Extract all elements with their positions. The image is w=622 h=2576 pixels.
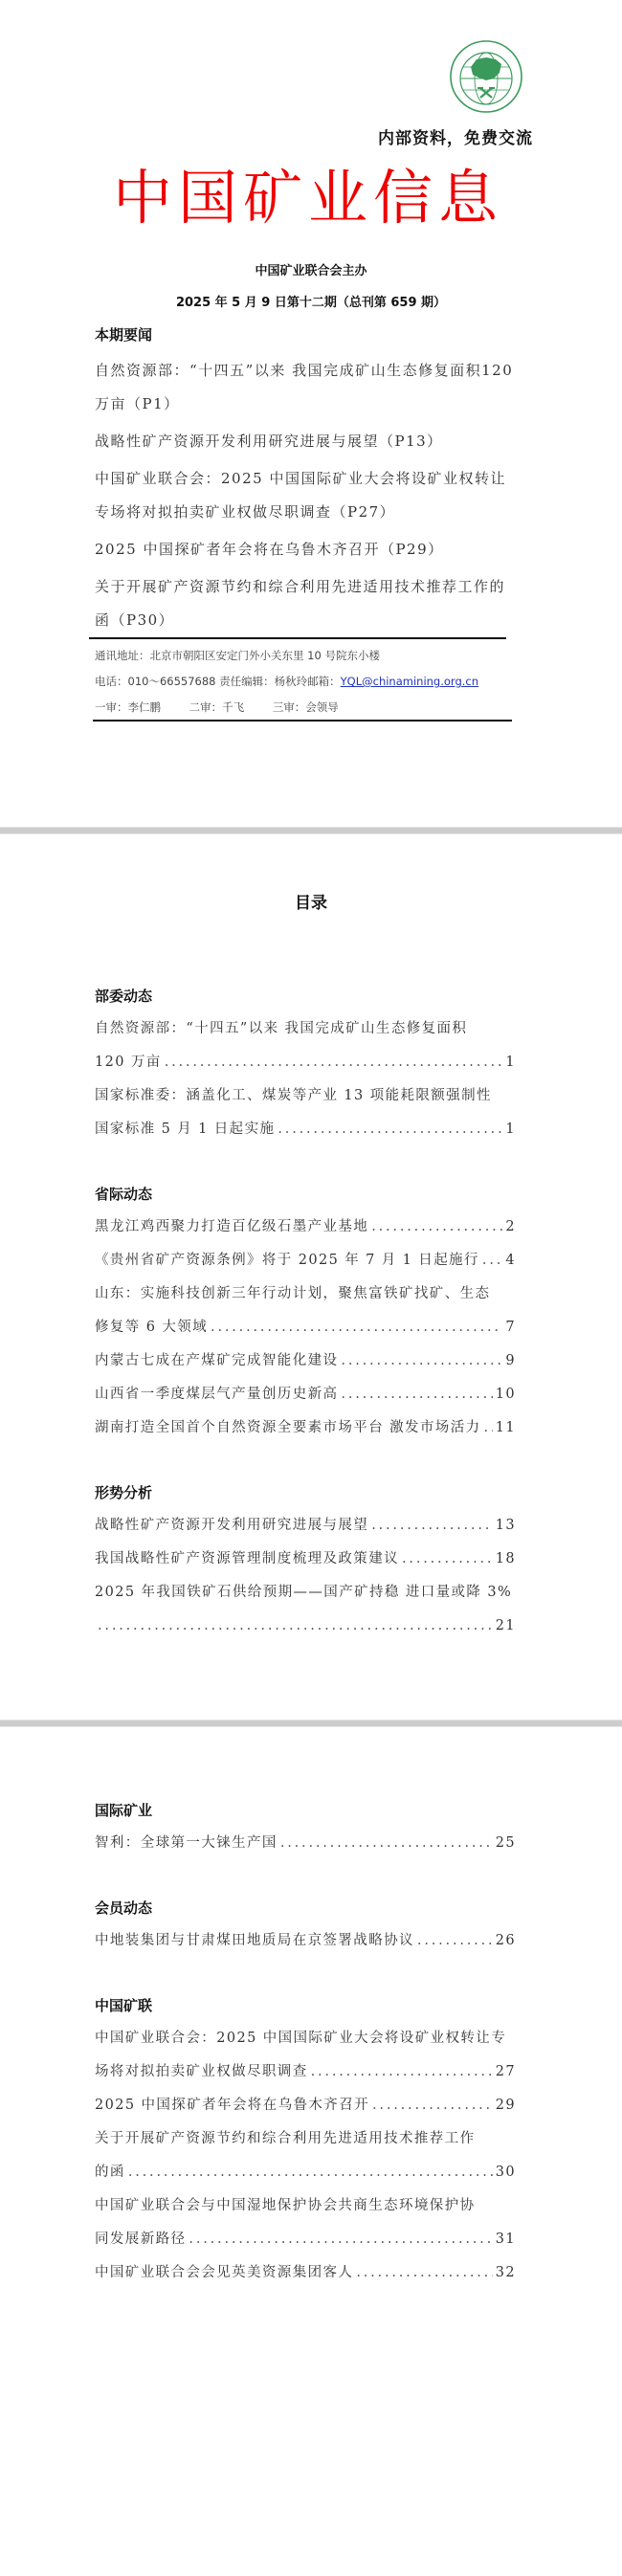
toc-page-2: 国际矿业智利：全球第一大铼生产国25会员动态中地装集团与甘肃煤田地质局在京签署战… [0,1727,622,2576]
toc-leader-dots [311,2055,493,2089]
toc-page-number: 9 [505,1344,516,1378]
toc-entry[interactable]: 战略性矿产资源开发利用研究进展与展望13 [95,1509,516,1543]
toc-entry-last-line: 湖南打造全国首个自然资源全要素市场平台 激发市场活力11 [95,1411,516,1445]
headlines-title: 本期要闻 [95,324,152,344]
headline-item[interactable]: 中国矿业联合会：2025 中国国际矿业大会将设矿业权转让专场将对拟拍卖矿业权做尽… [95,462,516,529]
issue-line: 2025 年 5 月 9 日第十二期（总刊第 659 期） [0,292,622,310]
phone-editor: 电话：010～66557688 责任编辑：杨秋玲邮箱：YQL@chinamini… [95,669,516,695]
toc-section: 部委动态自然资源部：“十四五”以来 我国完成矿山生态修复面积120 万亩1国家标… [95,985,516,1146]
toc-page-number: 21 [496,1610,516,1643]
toc-entry[interactable]: 中国矿业联合会：2025 中国国际矿业大会将设矿业权转让专场将对拟拍卖矿业权做尽… [95,2022,516,2089]
address: 通讯地址：北京市朝阳区安定门外小关东里 10 号院东小楼 [95,643,516,669]
toc-block: 部委动态自然资源部：“十四五”以来 我国完成矿山生态修复面积120 万亩1国家标… [95,985,516,1643]
china-mining-association-logo-icon [448,38,524,115]
email-link[interactable]: YQL@chinamining.org.cn [341,675,478,688]
headline-item[interactable]: 2025 中国探矿者年会将在乌鲁木齐召开（P29） [95,533,516,566]
toc-entry-last-line: 我国战略性矿产资源管理制度梳理及政策建议18 [95,1543,516,1576]
toc-entry-text: 战略性矿产资源开发利用研究进展与展望 [95,1509,368,1543]
toc-page-number: 13 [496,1509,516,1543]
toc-entry[interactable]: 黑龙江鸡西聚力打造百亿级石墨产业基地2 [95,1210,516,1244]
toc-entry-line: 自然资源部：“十四五”以来 我国完成矿山生态修复面积 [95,1012,516,1046]
toc-entry[interactable]: 2025 年我国铁矿石供给预期——国产矿持稳 进口量或降 3%21 [95,1576,516,1643]
toc-section-heading: 部委动态 [95,985,516,1008]
reviewer-first: 一审：李仁鹏 [95,700,161,714]
toc-page-number: 10 [496,1378,516,1411]
toc-leader-dots [128,2156,493,2189]
toc-entry-last-line: 的函30 [95,2156,516,2189]
toc-entry-last-line: 120 万亩1 [95,1046,516,1079]
toc-entry[interactable]: 中国矿业联合会会见英美资源集团客人32 [95,2256,516,2290]
toc-page-number: 2 [505,1210,516,1244]
toc-page-number: 30 [496,2156,516,2189]
toc-entry-text: 智利：全球第一大铼生产国 [95,1827,278,1860]
toc-leader-dots [189,2223,492,2256]
toc-page-number: 4 [505,1244,516,1277]
page-separator [0,827,622,834]
toc-entry-last-line: 智利：全球第一大铼生产国25 [95,1827,516,1860]
toc-page-number: 32 [496,2256,516,2290]
toc-entry-last-line: 2025 中国探矿者年会将在乌鲁木齐召开29 [95,2089,516,2122]
reviewer-third: 三审：会领导 [273,700,339,714]
toc-entry[interactable]: 《贵州省矿产资源条例》将于 2025 年 7 月 1 日起施行4 [95,1244,516,1277]
toc-page-number: 7 [505,1311,516,1344]
toc-entry[interactable]: 中国矿业联合会与中国湿地保护协会共商生态环境保护协同发展新路径31 [95,2189,516,2256]
toc-section-heading: 国际矿业 [95,1799,516,1822]
toc-entry-last-line: 内蒙古七成在产煤矿完成智能化建设9 [95,1344,516,1378]
toc-leader-dots [356,2256,492,2290]
toc-entry-text: 湖南打造全国首个自然资源全要素市场平台 激发市场活力 [95,1411,481,1445]
toc-entry-text: 中地装集团与甘肃煤田地质局在京签署战略协议 [95,1924,414,1958]
toc-entry-text: 黑龙江鸡西聚力打造百亿级石墨产业基地 [95,1210,368,1244]
toc-entry-text: 《贵州省矿产资源条例》将于 2025 年 7 月 1 日起施行 [95,1244,479,1277]
toc-leader-dots [211,1311,502,1344]
toc-entry[interactable]: 内蒙古七成在产煤矿完成智能化建设9 [95,1344,516,1378]
toc-leader-dots [482,1244,502,1277]
toc-entry-last-line: 修复等 6 大领域7 [95,1311,516,1344]
reviewers: 一审：李仁鹏 二审：千飞 三审：会领导 [95,695,516,721]
headline-item[interactable]: 战略性矿产资源开发利用研究进展与展望（P13） [95,425,516,458]
top-divider [89,637,506,639]
toc-entry[interactable]: 关于开展矿产资源节约和综合利用先进适用技术推荐工作的函30 [95,2122,516,2189]
toc-leader-dots [341,1378,492,1411]
toc-title: 目录 [0,889,622,913]
toc-page-number: 25 [496,1827,516,1860]
toc-entry-line: 山东：实施科技创新三年行动计划，聚焦富铁矿找矿、生态 [95,1277,516,1311]
toc-entry[interactable]: 我国战略性矿产资源管理制度梳理及政策建议18 [95,1543,516,1576]
toc-entry[interactable]: 山东：实施科技创新三年行动计划，聚焦富铁矿找矿、生态修复等 6 大领域7 [95,1277,516,1344]
toc-leader-dots [372,2089,493,2122]
bottom-divider [93,720,512,722]
toc-entry-text: 我国战略性矿产资源管理制度梳理及政策建议 [95,1543,399,1576]
toc-leader-dots [402,1543,493,1576]
cover-page: 内部资料，免费交流 中国矿业信息 中国矿业联合会主办 2025 年 5 月 9 … [0,0,622,827]
distribution-notice: 内部资料，免费交流 [378,124,533,148]
masthead-title: 中国矿业信息 [113,165,515,232]
toc-entry[interactable]: 湖南打造全国首个自然资源全要素市场平台 激发市场活力11 [95,1411,516,1445]
toc-entry-last-line: 山西省一季度煤层气产量创历史新高10 [95,1378,516,1411]
toc-entry-text: 国家标准 5 月 1 日起实施 [95,1113,275,1146]
toc-leader-dots [484,1411,493,1445]
contact-block: 通讯地址：北京市朝阳区安定门外小关东里 10 号院东小楼 电话：010～6655… [95,643,516,721]
toc-entry-line: 关于开展矿产资源节约和综合利用先进适用技术推荐工作 [95,2122,516,2156]
toc-section-heading: 中国矿联 [95,1994,516,2017]
toc-leader-dots [278,1113,502,1146]
toc-entry[interactable]: 自然资源部：“十四五”以来 我国完成矿山生态修复面积120 万亩1 [95,1012,516,1079]
toc-section-heading: 形势分析 [95,1481,516,1504]
toc-entry-line: 国家标准委：涵盖化工、煤炭等产业 13 项能耗限额强制性 [95,1079,516,1113]
toc-leader-dots [341,1344,502,1378]
toc-block: 国际矿业智利：全球第一大铼生产国25会员动态中地装集团与甘肃煤田地质局在京签署战… [95,1799,516,2290]
toc-entry-text: 内蒙古七成在产煤矿完成智能化建设 [95,1344,338,1378]
toc-entry-last-line: 中国矿业联合会会见英美资源集团客人32 [95,2256,516,2290]
toc-entry-line: 中国矿业联合会：2025 中国国际矿业大会将设矿业权转让专 [95,2022,516,2055]
sponsor-line: 中国矿业联合会主办 [0,260,622,278]
toc-leader-dots [371,1509,493,1543]
toc-entry-text: 修复等 6 大领域 [95,1311,208,1344]
toc-leader-dots [280,1827,493,1860]
toc-section: 中国矿联中国矿业联合会：2025 中国国际矿业大会将设矿业权转让专场将对拟拍卖矿… [95,1994,516,2290]
toc-section: 省际动态黑龙江鸡西聚力打造百亿级石墨产业基地2《贵州省矿产资源条例》将于 202… [95,1183,516,1445]
reviewer-second: 二审：千飞 [189,700,245,714]
toc-entry-text: 120 万亩 [95,1046,162,1079]
toc-entry[interactable]: 国家标准委：涵盖化工、煤炭等产业 13 项能耗限额强制性国家标准 5 月 1 日… [95,1079,516,1146]
toc-section-heading: 省际动态 [95,1183,516,1206]
toc-leader-dots [417,1924,493,1958]
toc-leader-dots [98,1610,493,1643]
headlines-list: 自然资源部：“十四五”以来 我国完成矿山生态修复面积120 万亩（P1） 战略性… [95,354,516,637]
toc-page-number: 27 [496,2055,516,2089]
toc-section: 会员动态中地装集团与甘肃煤田地质局在京签署战略协议26 [95,1897,516,1958]
toc-page-number: 11 [496,1411,516,1445]
toc-entry[interactable]: 中地装集团与甘肃煤田地质局在京签署战略协议26 [95,1924,516,1958]
toc-section-heading: 会员动态 [95,1897,516,1920]
toc-leader-dots [371,1210,502,1244]
toc-entry-line: 中国矿业联合会与中国湿地保护协会共商生态环境保护协 [95,2189,516,2223]
toc-entry-last-line: 中地装集团与甘肃煤田地质局在京签署战略协议26 [95,1924,516,1958]
toc-page-1: 目录 部委动态自然资源部：“十四五”以来 我国完成矿山生态修复面积120 万亩1… [0,834,622,1720]
toc-page-number: 29 [496,2089,516,2122]
toc-entry-text: 中国矿业联合会会见英美资源集团客人 [95,2256,353,2290]
toc-entry-last-line: 国家标准 5 月 1 日起实施1 [95,1113,516,1146]
toc-entry-text: 同发展新路径 [95,2223,186,2256]
toc-entry-text: 2025 中国探矿者年会将在乌鲁木齐召开 [95,2089,369,2122]
toc-entry-last-line: 21 [95,1610,516,1643]
toc-entry-text: 场将对拟拍卖矿业权做尽职调查 [95,2055,308,2089]
toc-entry-last-line: 战略性矿产资源开发利用研究进展与展望13 [95,1509,516,1543]
headline-item[interactable]: 自然资源部：“十四五”以来 我国完成矿山生态修复面积120 万亩（P1） [95,354,516,421]
toc-entry-last-line: 场将对拟拍卖矿业权做尽职调查27 [95,2055,516,2089]
toc-leader-dots [165,1046,503,1079]
toc-page-number: 1 [505,1046,516,1079]
toc-page-number: 18 [496,1543,516,1576]
toc-entry-text: 的函 [95,2156,125,2189]
toc-entry[interactable]: 2025 中国探矿者年会将在乌鲁木齐召开29 [95,2089,516,2122]
toc-page-number: 31 [496,2223,516,2256]
toc-page-number: 26 [496,1924,516,1958]
headline-item[interactable]: 关于开展矿产资源节约和综合利用先进适用技术推荐工作的函（P30） [95,570,516,637]
toc-entry-last-line: 黑龙江鸡西聚力打造百亿级石墨产业基地2 [95,1210,516,1244]
toc-entry[interactable]: 智利：全球第一大铼生产国25 [95,1827,516,1860]
toc-entry-text: 山西省一季度煤层气产量创历史新高 [95,1378,338,1411]
toc-entry-last-line: 同发展新路径31 [95,2223,516,2256]
phone-editor-text: 电话：010～66557688 责任编辑：杨秋玲邮箱： [95,675,341,688]
toc-section: 国际矿业智利：全球第一大铼生产国25 [95,1799,516,1860]
toc-entry[interactable]: 山西省一季度煤层气产量创历史新高10 [95,1378,516,1411]
toc-entry-last-line: 《贵州省矿产资源条例》将于 2025 年 7 月 1 日起施行4 [95,1244,516,1277]
toc-page-number: 1 [505,1113,516,1146]
toc-section: 形势分析战略性矿产资源开发利用研究进展与展望13我国战略性矿产资源管理制度梳理及… [95,1481,516,1643]
page-separator [0,1720,622,1727]
toc-entry-line: 2025 年我国铁矿石供给预期——国产矿持稳 进口量或降 3% [95,1576,516,1610]
